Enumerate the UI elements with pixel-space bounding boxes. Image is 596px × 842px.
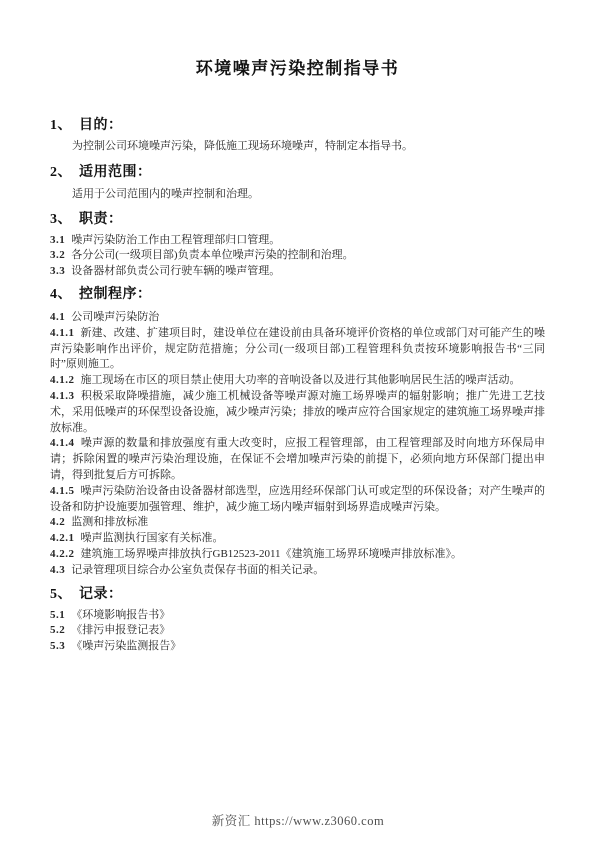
section-body: 5.1《环境影响报告书》 5.2《排污申报登记表》 5.3《噪声污染监测报告》: [50, 608, 545, 655]
clause-number: 4.1.2: [50, 374, 75, 386]
section-heading-records: 5、记录：: [50, 585, 545, 604]
clause-text: 公司噪声污染防治: [71, 311, 159, 323]
clause-number: 4.1: [50, 311, 65, 323]
clause: 4.2监测和排放标准: [50, 515, 545, 531]
clause: 4.1.5噪声污染防治设备由设备器材部选型，应选用经环保部门认可或定型的环保设备…: [50, 484, 545, 516]
clause-number: 4.2.1: [50, 532, 75, 544]
clause-text: 《环境影响报告书》: [71, 609, 170, 621]
clause: 5.1《环境影响报告书》: [50, 608, 545, 624]
clause-text: 设备器材部负责公司行驶车辆的噪声管理。: [71, 265, 280, 277]
section-heading-purpose: 1、目的：: [50, 116, 545, 135]
clause-number: 4.1.3: [50, 390, 75, 402]
document-title: 环境噪声污染控制指导书: [50, 0, 545, 80]
section-body: 3.1噪声污染防治工作由工程管理部归口管理。 3.2各分公司(一级项目部)负责本…: [50, 233, 545, 280]
clause-text: 噪声污染防治设备由设备器材部选型，应选用经环保部门认可或定型的环保设备；对产生噪…: [50, 485, 545, 513]
clause-text: 《排污申报登记表》: [71, 624, 170, 636]
clause-number: 4.1.1: [50, 327, 75, 339]
clause-number: 4.1.4: [50, 437, 75, 449]
section-heading-control-procedure: 4、控制程序：: [50, 285, 545, 304]
clause: 4.2.1噪声监测执行国家有关标准。: [50, 531, 545, 547]
clause-number: 5.2: [50, 624, 65, 636]
clause-number: 5.1: [50, 609, 65, 621]
clause-text: 建筑施工场界噪声排放执行GB12523-2011《建筑施工场界环境噪声排放标准》…: [81, 548, 463, 560]
clause: 5.3《噪声污染监测报告》: [50, 639, 545, 655]
clause-text: 噪声源的数量和排放强度有重大改变时，应报工程管理部，由工程管理部及时向地方环保局…: [50, 437, 545, 481]
section-body: 4.1公司噪声污染防治 4.1.1新建、改建、扩建项目时，建设单位在建设前由具备…: [50, 310, 545, 579]
clause-number: 5.3: [50, 640, 65, 652]
clause-text: 监测和排放标准: [71, 516, 148, 528]
clause-number: 3.2: [50, 249, 65, 261]
clause-text: 记录管理项目综合办公室负责保存书面的相关记录。: [71, 564, 324, 576]
clause-number: 4.1.5: [50, 485, 75, 497]
section-title: 目的：: [79, 118, 123, 133]
section-number: 3、: [50, 212, 72, 227]
paragraph: 为控制公司环境噪声污染，降低施工现场环境噪声，特制定本指导书。: [50, 139, 545, 155]
clause-number: 4.2.2: [50, 548, 75, 560]
clause-text: 积极采取降噪措施，减少施工机械设备等噪声源对施工场界噪声的辐射影响；推广先进工艺…: [50, 390, 545, 434]
clause-text: 新建、改建、扩建项目时，建设单位在建设前由具备环境评价资格的单位或部门对可能产生…: [50, 327, 545, 371]
section-title: 职责：: [79, 212, 123, 227]
paragraph: 适用于公司范围内的噪声控制和治理。: [50, 187, 545, 203]
clause-number: 4.2: [50, 516, 65, 528]
clause-text: 噪声污染防治工作由工程管理部归口管理。: [71, 234, 280, 246]
watermark-site-credit: 新资汇 https://www.z3060.com: [0, 813, 596, 829]
section-number: 4、: [50, 287, 72, 302]
document-page: 环境噪声污染控制指导书 1、目的： 为控制公司环境噪声污染，降低施工现场环境噪声…: [0, 0, 596, 842]
section-title: 记录：: [79, 587, 123, 602]
clause: 4.3记录管理项目综合办公室负责保存书面的相关记录。: [50, 563, 545, 579]
clause-number: 4.3: [50, 564, 65, 576]
clause: 3.2各分公司(一级项目部)负责本单位噪声污染的控制和治理。: [50, 248, 545, 264]
clause: 4.1.2施工现场在市区的项目禁止使用大功率的音响设备以及进行其他影响居民生活的…: [50, 373, 545, 389]
clause-text: 施工现场在市区的项目禁止使用大功率的音响设备以及进行其他影响居民生活的噪声活动。: [81, 374, 521, 386]
clause: 4.1.4噪声源的数量和排放强度有重大改变时，应报工程管理部，由工程管理部及时向…: [50, 436, 545, 483]
clause: 4.1公司噪声污染防治: [50, 310, 545, 326]
section-title: 控制程序：: [79, 287, 152, 302]
clause: 5.2《排污申报登记表》: [50, 623, 545, 639]
clause: 4.1.1新建、改建、扩建项目时，建设单位在建设前由具备环境评价资格的单位或部门…: [50, 326, 545, 373]
clause: 3.1噪声污染防治工作由工程管理部归口管理。: [50, 233, 545, 249]
clause: 4.1.3积极采取降噪措施，减少施工机械设备等噪声源对施工场界噪声的辐射影响；推…: [50, 389, 545, 436]
section-title: 适用范围：: [79, 165, 152, 180]
section-heading-scope: 2、适用范围：: [50, 163, 545, 182]
section-number: 1、: [50, 118, 72, 133]
clause-text: 各分公司(一级项目部)负责本单位噪声污染的控制和治理。: [71, 249, 353, 261]
clause-number: 3.3: [50, 265, 65, 277]
section-number: 5、: [50, 587, 72, 602]
clause: 4.2.2建筑施工场界噪声排放执行GB12523-2011《建筑施工场界环境噪声…: [50, 547, 545, 563]
section-number: 2、: [50, 165, 72, 180]
clause-text: 噪声监测执行国家有关标准。: [81, 532, 224, 544]
section-heading-responsibilities: 3、职责：: [50, 210, 545, 229]
clause-text: 《噪声污染监测报告》: [71, 640, 181, 652]
clause: 3.3设备器材部负责公司行驶车辆的噪声管理。: [50, 264, 545, 280]
clause-number: 3.1: [50, 234, 65, 246]
